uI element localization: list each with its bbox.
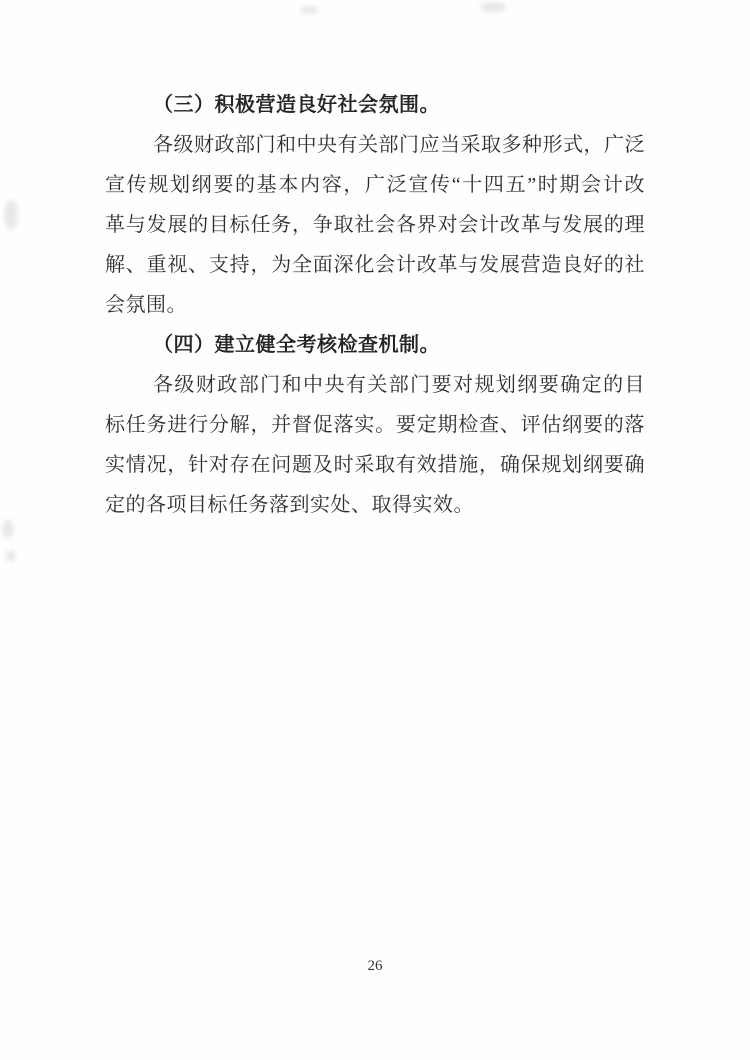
section-4-heading: （四）建立健全考核检查机制。 [105, 325, 645, 365]
scan-artifact [4, 200, 18, 230]
section-4-paragraph-line: 标任务进行分解，并督促落实。要定期检查、评估纲要的落 [105, 405, 645, 445]
document-page: （三）积极营造良好社会氛围。 各级财政部门和中央有关部门应当采取多种形式，广泛 … [0, 0, 750, 1060]
scan-artifact [2, 520, 14, 538]
section-4-paragraph-line: 各级财政部门和中央有关部门要对规划纲要确定的目 [105, 365, 645, 405]
page-number: 26 [0, 958, 750, 975]
section-4-paragraph-line: 定的各项目标任务落到实处、取得实效。 [105, 485, 645, 525]
section-3-paragraph-line: 会氛围。 [105, 285, 645, 325]
scan-artifact [480, 2, 506, 12]
document-content: （三）积极营造良好社会氛围。 各级财政部门和中央有关部门应当采取多种形式，广泛 … [105, 85, 645, 525]
section-4-paragraph-line: 实情况，针对存在问题及时采取有效措施，确保规划纲要确 [105, 445, 645, 485]
section-3-paragraph-line: 各级财政部门和中央有关部门应当采取多种形式，广泛 [105, 125, 645, 165]
section-3-paragraph-line: 宣传规划纲要的基本内容，广泛宣传“十四五”时期会计改 [105, 165, 645, 205]
section-3-heading: （三）积极营造良好社会氛围。 [105, 85, 645, 125]
section-3-paragraph-line: 革与发展的目标任务，争取社会各界对会计改革与发展的理 [105, 205, 645, 245]
scan-artifact [6, 550, 16, 562]
section-3-paragraph-line: 解、重视、支持，为全面深化会计改革与发展营造良好的社 [105, 245, 645, 285]
scan-artifact [300, 6, 318, 14]
